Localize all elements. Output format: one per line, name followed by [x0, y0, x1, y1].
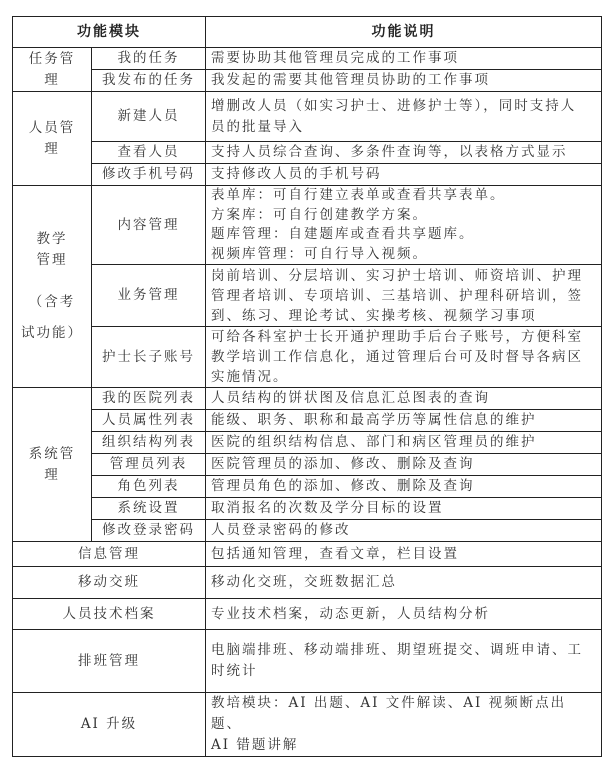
item-name: 角色列表: [92, 476, 206, 498]
module-mobile-handover: 移动交班: [13, 567, 206, 599]
item-name: 护士长子账号: [92, 327, 206, 388]
item-description: 需要协助其他管理员完成的工作事项: [206, 48, 602, 70]
item-description: 人员结构的饼状图及信息汇总图表的查询: [206, 388, 602, 410]
table-row: 教学 管理 （含考 试功能） 内容管理 表单库：可自行建立表单或查看共享表单。 …: [13, 186, 602, 265]
table-row: 管理员列表 医院管理员的添加、修改、删除及查询: [13, 454, 602, 476]
table-row: 角色列表 管理员角色的添加、修改、删除及查询: [13, 476, 602, 498]
item-description: 增删改人员（如实习护士、进修护士等），同时支持人 员的批量导入: [206, 92, 602, 142]
item-description: 我发起的需要其他管理员协助的工作事项: [206, 70, 602, 92]
table-row: 查看人员 支持人员综合查询、多条件查询等，以表格方式显示: [13, 142, 602, 164]
group-task-management: 任务管 理: [13, 48, 92, 92]
item-description: 医院管理员的添加、修改、删除及查询: [206, 454, 602, 476]
table-row: 任务管 理 我的任务 需要协助其他管理员完成的工作事项: [13, 48, 602, 70]
table-row: 系统设置 取消报名的次数及学分目标的设置: [13, 498, 602, 520]
group-people-management: 人员管 理: [13, 92, 92, 186]
table-row: 移动交班 移动化交班，交班数据汇总: [13, 567, 602, 599]
table-row: 排班管理 电脑端排班、移动端排班、期望班提交、调班申请、工 时统计: [13, 630, 602, 693]
table-row: 修改登录密码 人员登录密码的修改: [13, 520, 602, 542]
function-module-table: 功能模块 功能说明 任务管 理 我的任务 需要协助其他管理员完成的工作事项 我发…: [12, 16, 602, 757]
item-description: 岗前培训、分层培训、实习护士培训、师资培训、护理 管理者培训、专项培训、三基培训…: [206, 265, 602, 327]
item-name: 我的医院列表: [92, 388, 206, 410]
module-staff-technical-archive: 人员技术档案: [13, 599, 206, 630]
item-description: 包括通知管理，查看文章，栏目设置: [206, 542, 602, 567]
table-row: 人员属性列表 能级、职务、职称和最高学历等属性信息的维护: [13, 410, 602, 432]
item-name: 修改登录密码: [92, 520, 206, 542]
group-teaching-management: 教学 管理 （含考 试功能）: [13, 186, 92, 388]
module-ai-upgrade: AI 升级: [13, 693, 206, 757]
item-name: 组织结构列表: [92, 432, 206, 454]
header-row: 功能模块 功能说明: [13, 17, 602, 48]
item-name: 管理员列表: [92, 454, 206, 476]
table-row: 我发布的任务 我发起的需要其他管理员协助的工作事项: [13, 70, 602, 92]
item-name: 系统设置: [92, 498, 206, 520]
group-system-management: 系统管 理: [13, 388, 92, 542]
item-description: 管理员角色的添加、修改、删除及查询: [206, 476, 602, 498]
item-description: 取消报名的次数及学分目标的设置: [206, 498, 602, 520]
item-name: 内容管理: [92, 186, 206, 265]
item-description: 教培模块：AI 出题、AI 文件解读、AI 视频断点出题、 AI 错题讲解: [206, 693, 602, 757]
item-description: 能级、职务、职称和最高学历等属性信息的维护: [206, 410, 602, 432]
module-info-management: 信息管理: [13, 542, 206, 567]
item-description: 支持人员综合查询、多条件查询等，以表格方式显示: [206, 142, 602, 164]
item-description: 医院的组织结构信息、部门和病区管理员的维护: [206, 432, 602, 454]
table-row: AI 升级 教培模块：AI 出题、AI 文件解读、AI 视频断点出题、 AI 错…: [13, 693, 602, 757]
item-name: 我发布的任务: [92, 70, 206, 92]
table-row: 护士长子账号 可给各科室护士长开通护理助手后台子账号，方便科室 教学培训工作信息…: [13, 327, 602, 388]
table-row: 系统管 理 我的医院列表 人员结构的饼状图及信息汇总图表的查询: [13, 388, 602, 410]
header-description: 功能说明: [206, 17, 602, 48]
table-row: 人员管 理 新建人员 增删改人员（如实习护士、进修护士等），同时支持人 员的批量…: [13, 92, 602, 142]
table-row: 信息管理 包括通知管理，查看文章，栏目设置: [13, 542, 602, 567]
item-description: 支持修改人员的手机号码: [206, 164, 602, 186]
item-name: 修改手机号码: [92, 164, 206, 186]
item-name: 我的任务: [92, 48, 206, 70]
item-description: 可给各科室护士长开通护理助手后台子账号，方便科室 教学培训工作信息化，通过管理后…: [206, 327, 602, 388]
table-row: 人员技术档案 专业技术档案，动态更新，人员结构分析: [13, 599, 602, 630]
item-name: 查看人员: [92, 142, 206, 164]
item-description: 人员登录密码的修改: [206, 520, 602, 542]
item-name: 人员属性列表: [92, 410, 206, 432]
table-row: 业务管理 岗前培训、分层培训、实习护士培训、师资培训、护理 管理者培训、专项培训…: [13, 265, 602, 327]
item-description: 电脑端排班、移动端排班、期望班提交、调班申请、工 时统计: [206, 630, 602, 693]
table-row: 组织结构列表 医院的组织结构信息、部门和病区管理员的维护: [13, 432, 602, 454]
item-name: 新建人员: [92, 92, 206, 142]
header-module: 功能模块: [13, 17, 206, 48]
item-name: 业务管理: [92, 265, 206, 327]
item-description: 表单库：可自行建立表单或查看共享表单。 方案库：可自行创建教学方案。 题库管理：…: [206, 186, 602, 265]
item-description: 移动化交班，交班数据汇总: [206, 567, 602, 599]
module-scheduling-management: 排班管理: [13, 630, 206, 693]
item-description: 专业技术档案，动态更新，人员结构分析: [206, 599, 602, 630]
table-row: 修改手机号码 支持修改人员的手机号码: [13, 164, 602, 186]
